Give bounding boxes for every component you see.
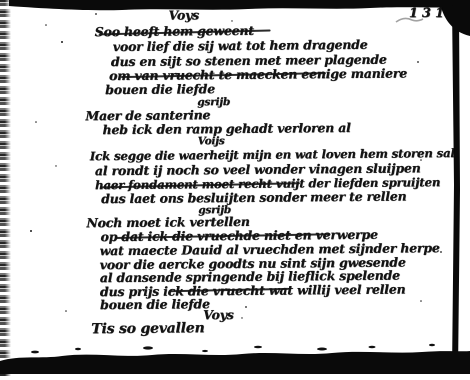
handwritten-line: Tis so gevallen	[91, 322, 204, 335]
handwritten-line: dus laet ons besluijten sonder meer te r…	[101, 191, 406, 206]
handwritten-line: bouen die liefde	[100, 298, 210, 311]
handwritten-line: Maer de santerine	[85, 109, 210, 122]
tune-marker: Voys	[168, 9, 198, 21]
handwritten-line: bouen die liefde	[105, 83, 215, 96]
handwritten-text-block: Voys Soo heeft hem geweent voor lief die…	[0, 0, 470, 380]
tune-marker: Voys	[203, 309, 233, 321]
handwritten-line: voor lief die sij wat tot hem dragende	[113, 39, 368, 53]
handwritten-line: heb ick den ramp gehadt verloren al	[102, 122, 350, 136]
tune-marker: Voijs	[198, 135, 225, 147]
manuscript-page: 131 Voys Soo heeft hem geweent voor lief…	[0, 0, 470, 380]
